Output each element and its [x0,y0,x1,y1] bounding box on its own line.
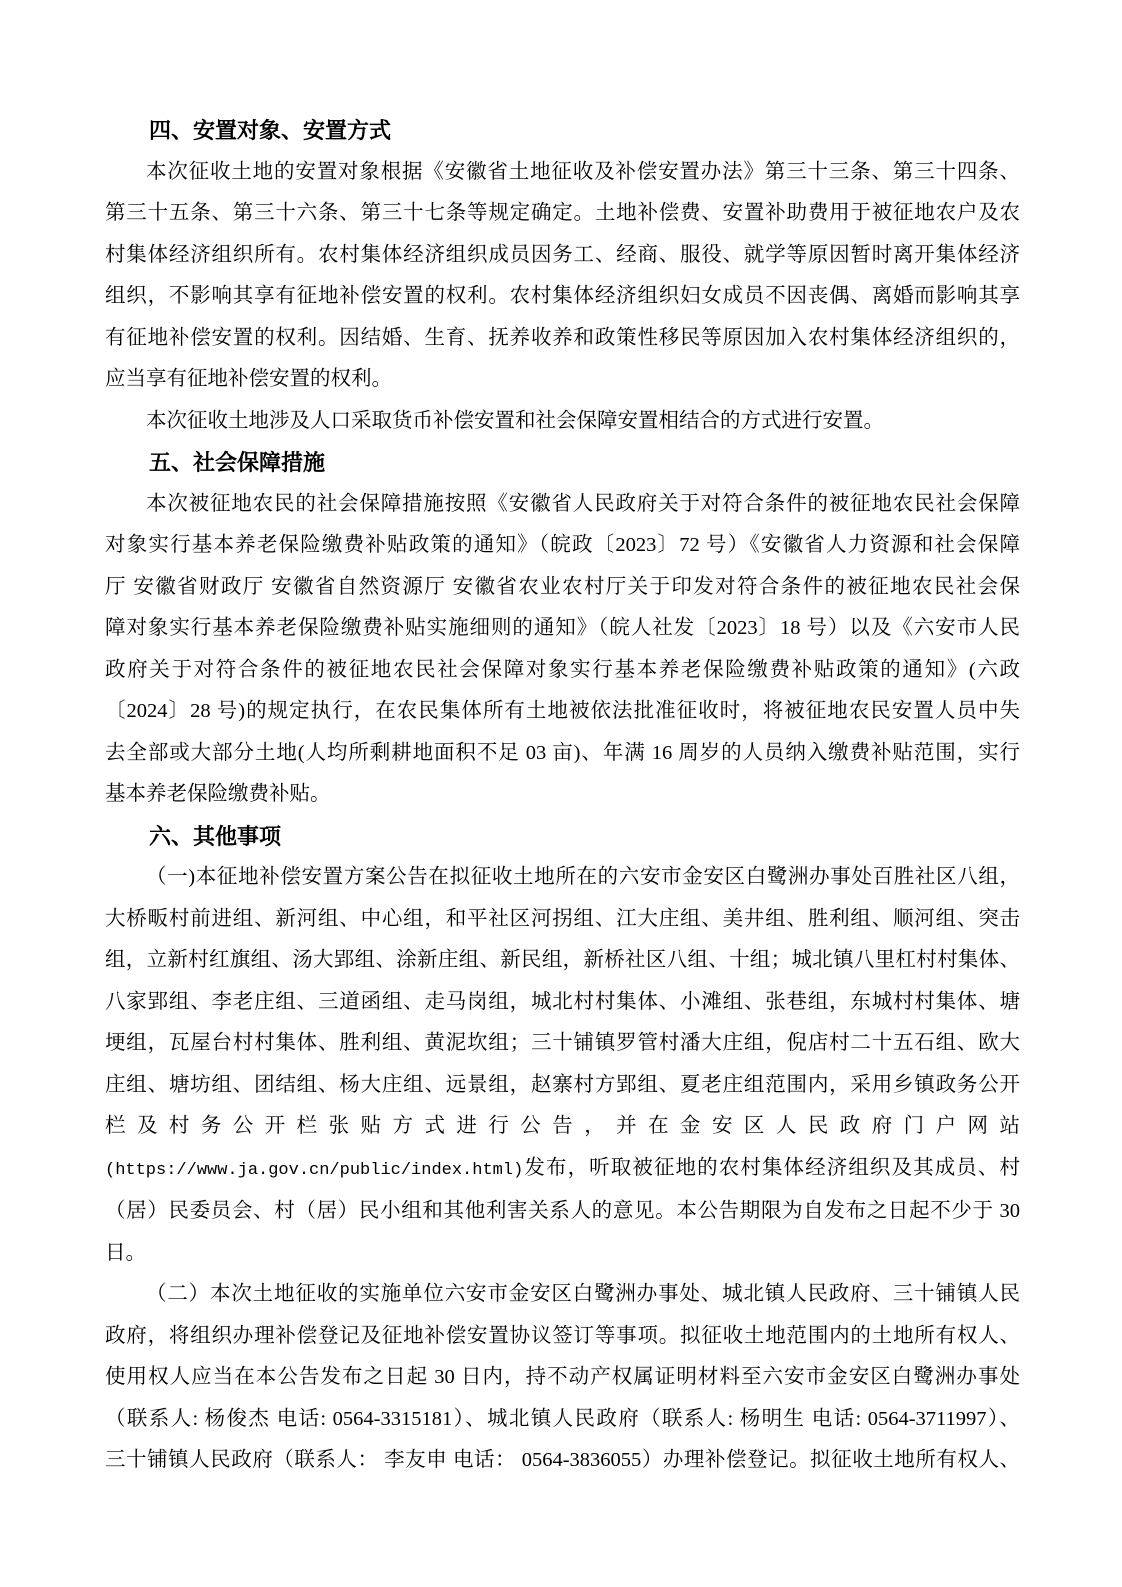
text-line: 厅 安徽省财政厅 安徽省自然资源厅 安徽省农业农村厅关于印发对符合条件的被征地农… [105,567,1020,609]
text-line: 应当享有征地补偿安置的权利。 [105,359,1020,401]
text-line: （居）民委员会、村（居）民小组和其他利害关系人的意见。本公告期限为自发布之日起不… [105,1191,1020,1233]
text-line: （一)本征地补偿安置方案公告在拟征收土地所在的六安市金安区白鹭洲办事处百胜社区八… [105,857,1020,899]
text-line: 本次征收土地的安置对象根据《安徽省土地征收及补偿安置办法》第三十三条、第三十四条… [105,152,1020,194]
text-line: 庄组、塘坊组、团结组、杨大庄组、远景组，赵寨村方郢组、夏老庄组范围内，采用乡镇政… [105,1065,1020,1107]
text-line: 村集体经济组织所有。农村集体经济组织成员因务工、经商、服役、就学等原因暂时离开集… [105,235,1020,277]
text-line: 第三十五条、第三十六条、第三十七条等规定确定。土地补偿费、安置补助费用于被征地农… [105,193,1020,235]
text-line: 大桥畈村前进组、新河组、中心组，和平社区河拐组、江大庄组、美井组、胜利组、顺河组… [105,899,1020,941]
text-line: 栏及村务公开栏张贴方式进行公告，并在金安区人民政府门户网站 [105,1106,1020,1148]
text-line: （二）本次土地征收的实施单位六安市金安区白鹭洲办事处、城北镇人民政府、三十铺镇人… [105,1274,1020,1316]
document-body: 四、安置对象、安置方式本次征收土地的安置对象根据《安徽省土地征收及补偿安置办法》… [105,110,1020,1482]
text-line: 有征地补偿安置的权利。因结婚、生育、抚养收养和政策性移民等原因加入农村集体经济组… [105,318,1020,360]
text-line: 埂组，瓦屋台村村集体、胜利组、黄泥坎组；三十铺镇罗管村潘大庄组，倪店村二十五石组… [105,1023,1020,1065]
text-line: 本次被征地农民的社会保障措施按照《安徽省人民政府关于对符合条件的被征地农民社会保… [105,484,1020,526]
text-line: 政府关于对符合条件的被征地农民社会保障对象实行基本养老保险缴费补贴政策的通知》(… [105,650,1020,692]
text-line: （联系人: 杨俊杰 电话: 0564-3315181）、城北镇人民政府（联系人:… [105,1399,1020,1441]
section-heading: 四、安置对象、安置方式 [105,110,1020,152]
text-line: 三十铺镇人民政府（联系人： 李友申 电话： 0564-3836055）办理补偿登… [105,1440,1020,1482]
text-line: 政府，将组织办理补偿登记及征地补偿安置协议签订等事项。拟征收土地范围内的土地所有… [105,1316,1020,1358]
text-line: 基本养老保险缴费补贴。 [105,774,1020,816]
url-text: (https://www.ja.gov.cn/public/index.html… [105,1161,523,1180]
text-line: (https://www.ja.gov.cn/public/index.html… [105,1148,1020,1192]
text-line: 本次征收土地涉及人口采取货币补偿安置和社会保障安置相结合的方式进行安置。 [105,401,1020,443]
document-page: 四、安置对象、安置方式本次征收土地的安置对象根据《安徽省土地征收及补偿安置办法》… [0,0,1122,1587]
text-line: 组织，不影响其享有征地补偿安置的权利。农村集体经济组织妇女成员不因丧偶、离婚而影… [105,276,1020,318]
text-line: 〔2024〕28 号)的规定执行，在农民集体所有土地被依法批准征收时，将被征地农… [105,691,1020,733]
text-line: 障对象实行基本养老保险缴费补贴实施细则的通知》（皖人社发〔2023〕18 号）以… [105,608,1020,650]
text-line: 日。 [105,1233,1020,1275]
text-line: 八家郢组、李老庄组、三道函组、走马岗组，城北村村集体、小滩组、张巷组，东城村村集… [105,982,1020,1024]
text-line: 对象实行基本养老保险缴费补贴政策的通知》（皖政〔2023〕72 号）《安徽省人力… [105,525,1020,567]
section-heading: 五、社会保障措施 [105,442,1020,484]
text-line: 使用权人应当在本公告发布之日起 30 日内，持不动产权属证明材料至六安市金安区白… [105,1357,1020,1399]
section-heading: 六、其他事项 [105,816,1020,858]
text-line: 组，立新村红旗组、汤大郢组、涂新庄组、新民组，新桥社区八组、十组；城北镇八里杠村… [105,940,1020,982]
text-line: 去全部或大部分土地(人均所剩耕地面积不足 03 亩)、年满 16 周岁的人员纳入… [105,733,1020,775]
